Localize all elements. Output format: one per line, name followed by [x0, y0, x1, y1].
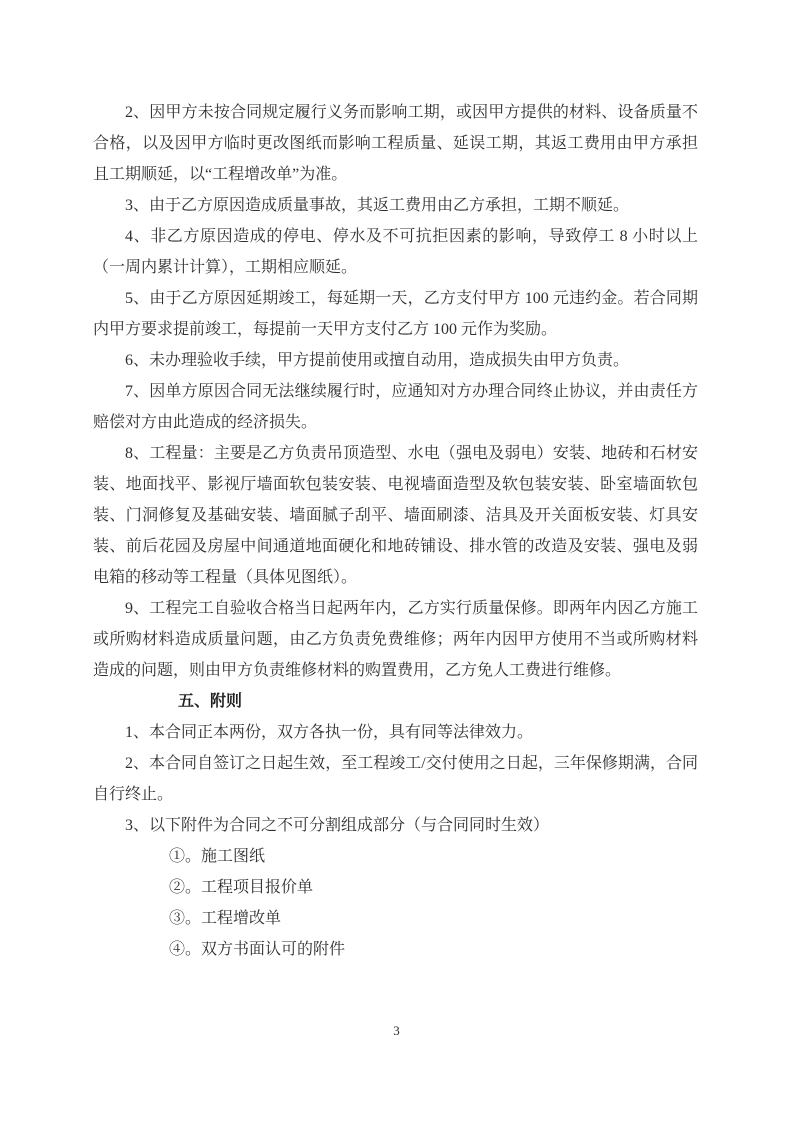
- contract-paragraph: 3、由于乙方原因造成质量事故，其返工费用由乙方承担，工期不顺延。: [93, 190, 698, 221]
- section-heading: 五、附则: [93, 686, 698, 717]
- contract-paragraph: 2、因甲方未按合同规定履行义务而影响工期，或因甲方提供的材料、设备质量不合格，以…: [93, 97, 698, 190]
- contract-paragraph: 2、本合同自签订之日起生效，至工程竣工/交付使用之日起，三年保修期满，合同自行终…: [93, 748, 698, 810]
- attachment-item: ③。工程增改单: [93, 903, 698, 934]
- contract-paragraph: 6、未办理验收手续，甲方提前使用或擅自动用，造成损失由甲方负责。: [93, 345, 698, 376]
- contract-paragraph: 7、因单方原因合同无法继续履行时，应通知对方办理合同终止协议，并由责任方赔偿对方…: [93, 376, 698, 438]
- contract-paragraph: 4、非乙方原因造成的停电、停水及不可抗拒因素的影响，导致停工 8 小时以上（一周…: [93, 221, 698, 283]
- attachment-item: ②。工程项目报价单: [93, 872, 698, 903]
- contract-paragraph: 3、以下附件为合同之不可分割组成部分（与合同同时生效）: [93, 810, 698, 841]
- document-body: 2、因甲方未按合同规定履行义务而影响工期，或因甲方提供的材料、设备质量不合格，以…: [93, 97, 698, 965]
- contract-paragraph: 5、由于乙方原因延期竣工，每延期一天，乙方支付甲方 100 元违约金。若合同期内…: [93, 283, 698, 345]
- attachment-item: ④。双方书面认可的附件: [93, 934, 698, 965]
- page-number: 3: [0, 1022, 793, 1040]
- document-page: 2、因甲方未按合同规定履行义务而影响工期，或因甲方提供的材料、设备质量不合格，以…: [0, 0, 793, 1122]
- contract-paragraph: 9、工程完工自验收合格当日起两年内，乙方实行质量保修。即两年内因乙方施工或所购材…: [93, 593, 698, 686]
- contract-paragraph: 8、工程量：主要是乙方负责吊顶造型、水电（强电及弱电）安装、地砖和石材安装、地面…: [93, 438, 698, 593]
- contract-paragraph: 1、本合同正本两份，双方各执一份，具有同等法律效力。: [93, 717, 698, 748]
- attachment-item: ①。施工图纸: [93, 841, 698, 872]
